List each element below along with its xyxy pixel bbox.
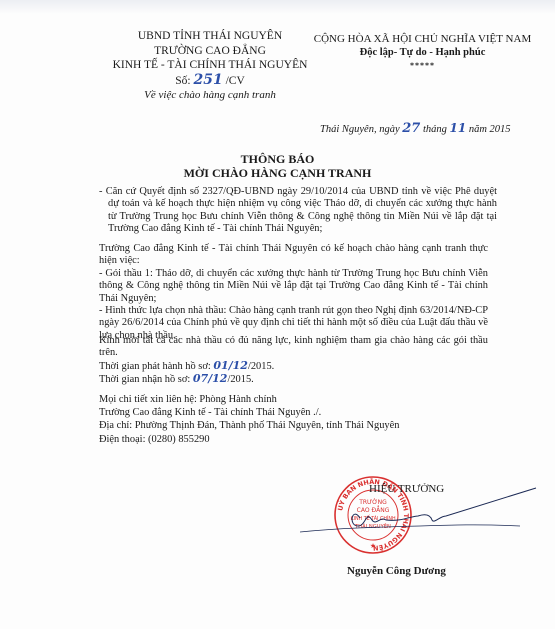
national-motto: Độc lập- Tự do - Hạnh phúc [290,46,555,59]
issuer-line-3: KINH TẾ - TÀI CHÍNH THÁI NGUYÊN [100,58,320,73]
signatory-name: Nguyễn Công Dương [347,565,446,577]
issue-time-handwritten: 01/12 [213,359,248,372]
handwritten-signature [300,480,540,560]
issue-time-year: /2015. [248,361,274,372]
contact-address: Địa chỉ: Phường Thịnh Đán, Thành phố Thá… [99,419,488,432]
notice-subtitle: MỜI CHÀO HÀNG CẠNH TRANH [0,166,555,181]
dateline-month: 11 [450,121,467,135]
dateline-prefix: Thái Nguyên, ngày [320,124,400,135]
invitation-section: Kính mời tất cả các nhà thầu có đủ năng … [99,335,488,387]
scan-edge-shadow [0,0,555,14]
issuer-header: UBND TỈNH THÁI NGUYÊN TRƯỜNG CAO ĐẲNG KI… [100,29,320,103]
national-stars: ***** [290,59,555,72]
dateline-year: năm 2015 [469,124,511,135]
issue-time-label: Thời gian phát hành hồ sơ: [99,361,211,372]
dateline-month-label: tháng [423,124,447,135]
contact-section: Mọi chi tiết xin liên hệ: Phòng Hành chí… [99,393,488,446]
contact-phone: Điện thoại: (0280) 855290 [99,433,488,446]
notice-title: THÔNG BÁO [0,152,555,167]
document-number: Số: 251 /CV [100,73,320,89]
national-title: CỘNG HÒA XÃ HỘI CHỦ NGHĨA VIỆT NAM [290,33,555,46]
receive-time-label: Thời gian nhận hồ sơ: [99,374,190,385]
dateline: Thái Nguyên, ngày 27 tháng 11 năm 2015 [320,121,511,136]
document-subject: Về việc chào hàng cạnh tranh [100,88,320,103]
package-item: - Gói thầu 1: Tháo dỡ, di chuyển các xưở… [99,268,488,305]
receive-time-year: /2015. [227,374,253,385]
document-number-suffix: /CV [226,75,245,87]
issuer-line-1: UBND TỈNH THÁI NGUYÊN [100,29,320,44]
invitation-text: Kính mời tất cả các nhà thầu có đủ năng … [99,335,488,360]
plan-intro: Trường Cao đẳng Kinh tế - Tài chính Thái… [99,243,488,268]
plan-section: Trường Cao đẳng Kinh tế - Tài chính Thái… [99,243,488,342]
legal-basis-paragraph: - Căn cứ Quyết định số 2327/QĐ-UBND ngày… [99,186,497,236]
contact-line-2: Trường Cao đẳng Kinh tế - Tài chính Thái… [99,406,488,419]
document-number-label: Số: [175,75,190,87]
document-number-handwritten: 251 [193,72,222,88]
national-header: CỘNG HÒA XÃ HỘI CHỦ NGHĨA VIỆT NAM Độc l… [290,33,555,72]
dateline-day: 27 [402,121,420,136]
issuer-line-2: TRƯỜNG CAO ĐẲNG [100,44,320,59]
receive-time: Thời gian nhận hồ sơ: 07/12/2015. [99,373,488,386]
receive-time-handwritten: 07/12 [193,372,228,385]
issue-time: Thời gian phát hành hồ sơ: 01/12/2015. [99,360,488,373]
contact-line-1: Mọi chi tiết xin liên hệ: Phòng Hành chí… [99,393,488,406]
